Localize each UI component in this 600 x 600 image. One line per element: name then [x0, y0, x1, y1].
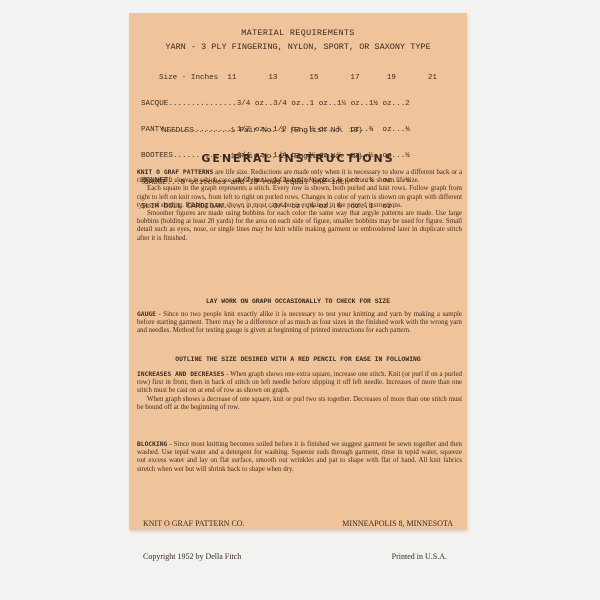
table-row: SACQUE...............3/4 oz..3/4 oz..1 o…: [141, 100, 437, 109]
increases-paragraph: INCREASES AND DECREASES - When graph sho…: [137, 371, 462, 412]
decreases-paragraph: When graph shows a decrease of one squar…: [137, 396, 462, 412]
graph-paragraph: Each square in the graph represents a st…: [137, 185, 462, 210]
general-instructions-title: GENERAL INSTRUCTIONS: [129, 152, 467, 165]
table-header: Size - Inches 11 13 15 17 19 21: [141, 74, 437, 83]
outline-size-heading: OUTLINE THE SIZE DESIRED WITH A RED PENC…: [129, 356, 467, 363]
needles-line: NEEDLES........1 Pair No. 1 (English No.…: [144, 127, 363, 136]
copyright: Copyright 1952 by Della Fitch: [143, 551, 245, 562]
footer-right: MINNEAPOLIS 8, MINNESOTA Printed in U.S.…: [342, 496, 453, 584]
intro-paragraph: KNIT O GRAF PATTERNS are life size. Redu…: [137, 169, 462, 243]
printed-in: Printed in U.S.A.: [342, 551, 453, 562]
city: MINNEAPOLIS 8, MINNESOTA: [342, 518, 453, 529]
yarn-type: YARN - 3 PLY FINGERING, NYLON, SPORT, OR…: [129, 42, 467, 52]
bobbins-paragraph: Smoother figures are made using bobbins …: [137, 210, 462, 243]
material-requirements-title: MATERIAL REQUIREMENTS: [129, 28, 467, 38]
gauge-paragraph: GAUGE - Since no two people knit exactly…: [137, 311, 462, 336]
brand-lead: KNIT O GRAF PATTERNS: [137, 169, 213, 176]
check-size-heading: LAY WORK ON GRAPH OCCASIONALLY TO CHECK …: [129, 298, 467, 305]
footer-left: KNIT O GRAF PATTERN CO. Copyright 1952 b…: [143, 496, 245, 584]
pattern-card: MATERIAL REQUIREMENTS YARN - 3 PLY FINGE…: [129, 13, 467, 530]
blocking-paragraph: BLOCKING - Since most knitting becomes s…: [137, 441, 462, 474]
company-name: KNIT O GRAF PATTERN CO.: [143, 518, 245, 529]
